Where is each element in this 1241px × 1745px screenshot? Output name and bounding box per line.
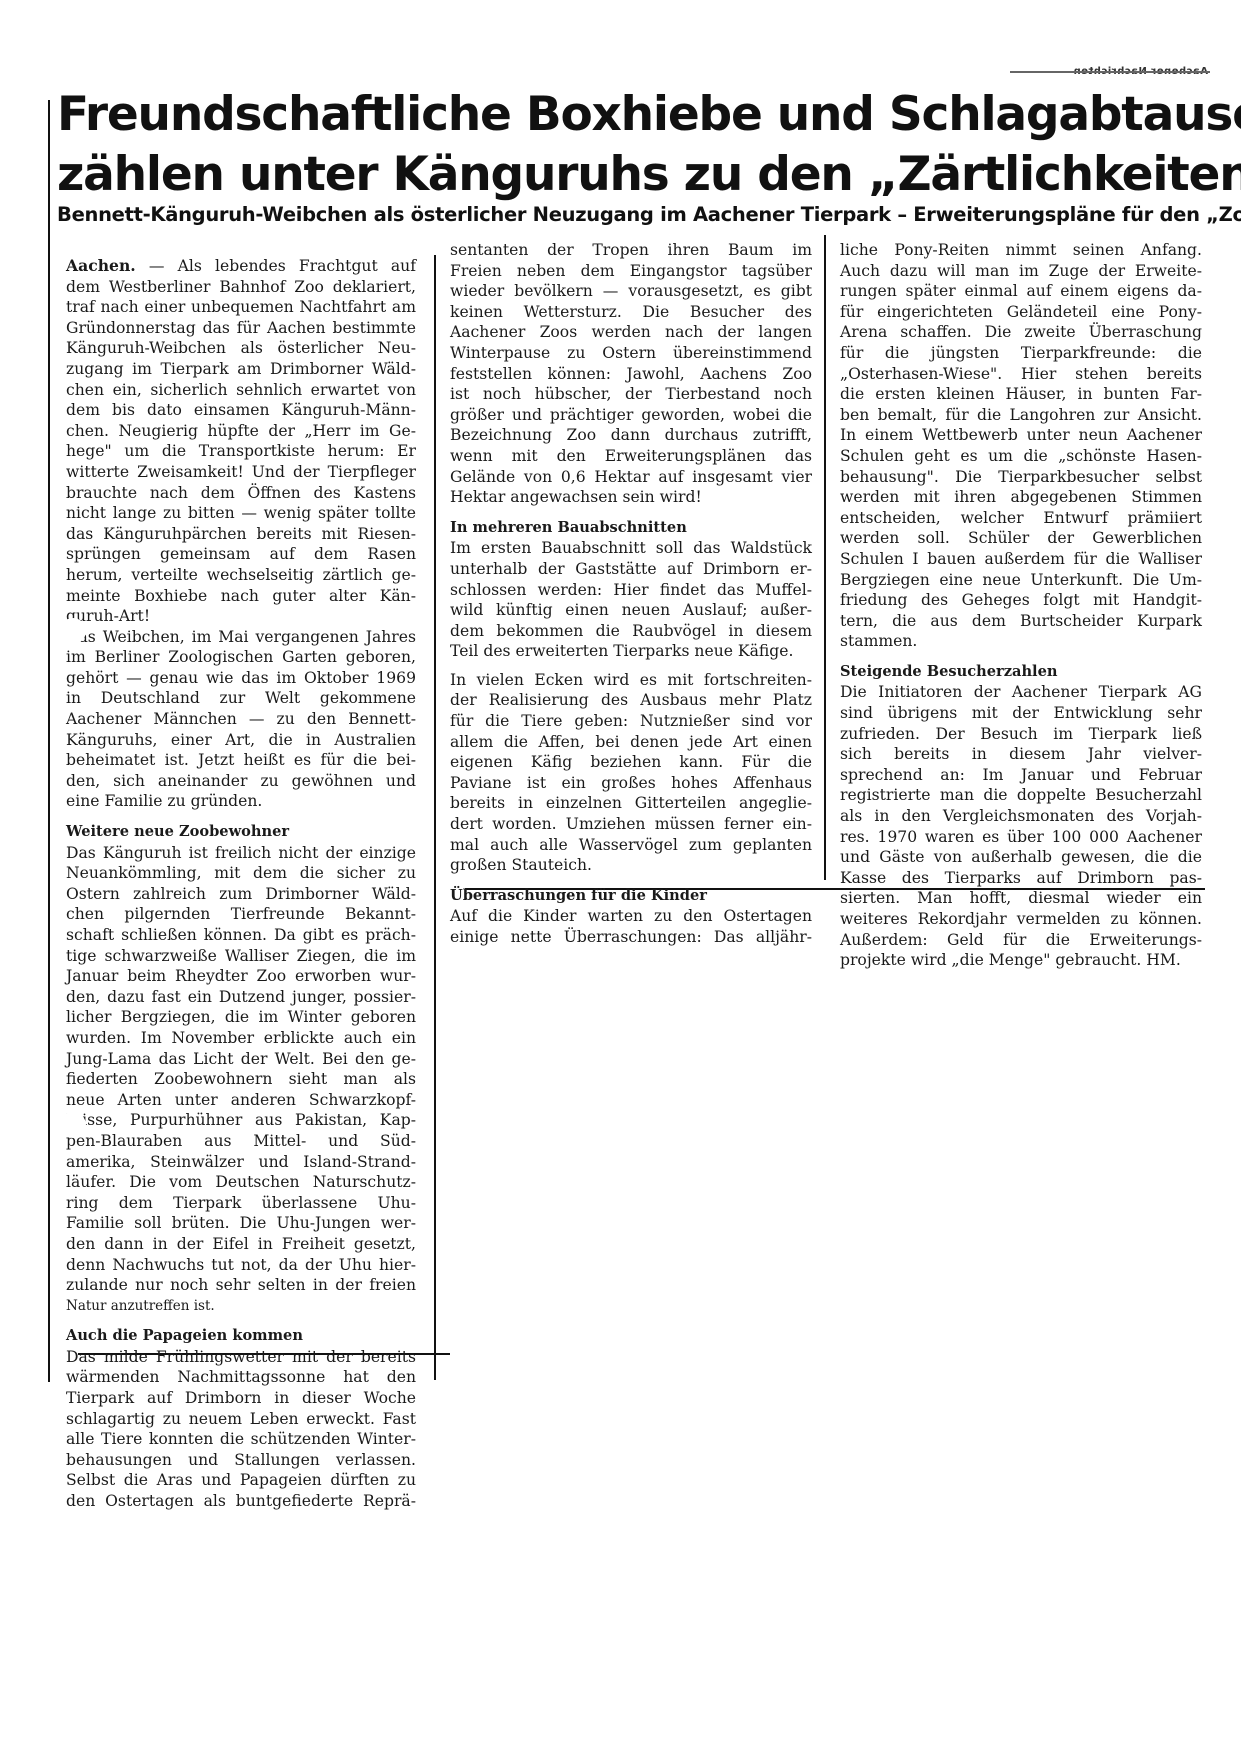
punch-hole [60,1112,86,1138]
column-rule-1 [434,255,436,1380]
article-column-3: liche Pony-Reiten nimmt seinen Anfang. A… [840,240,1202,971]
headline-line-2: zählen unter Känguruhs zu den „Zärtlichk… [57,145,1217,205]
headline: Freundschaftliche Boxhiebe und Schlagabt… [57,85,1217,205]
section-heading: Auch die Papageien kommen [66,1326,416,1347]
headline-line-1: Freundschaftliche Boxhiebe und Schlagabt… [57,85,1217,145]
section-heading: Weitere neue Zoobewohner [66,822,416,843]
mirrored-masthead-strip: Aachener Nachrichten [888,66,1208,80]
dateline: Aachen. [66,256,136,275]
section-heading: Steigende Besucherzahlen [840,662,1202,683]
article-column-2: sentanten der Tropen ihren Baum im Freie… [450,240,812,948]
article-column-1: Aachen. — Als lebendes Frachtgut auf dem… [66,256,416,1512]
left-border-rule [48,100,50,1382]
section-heading: Überraschungen für die Kinder [450,886,812,907]
section-heading: In mehreren Bauabschnitten [450,518,812,539]
masthead-rule [1010,71,1210,73]
punch-hole [60,618,86,644]
subheadline: Bennett-Känguruh-Weibchen als österliche… [57,203,1217,226]
column-rule-2 [824,235,826,880]
